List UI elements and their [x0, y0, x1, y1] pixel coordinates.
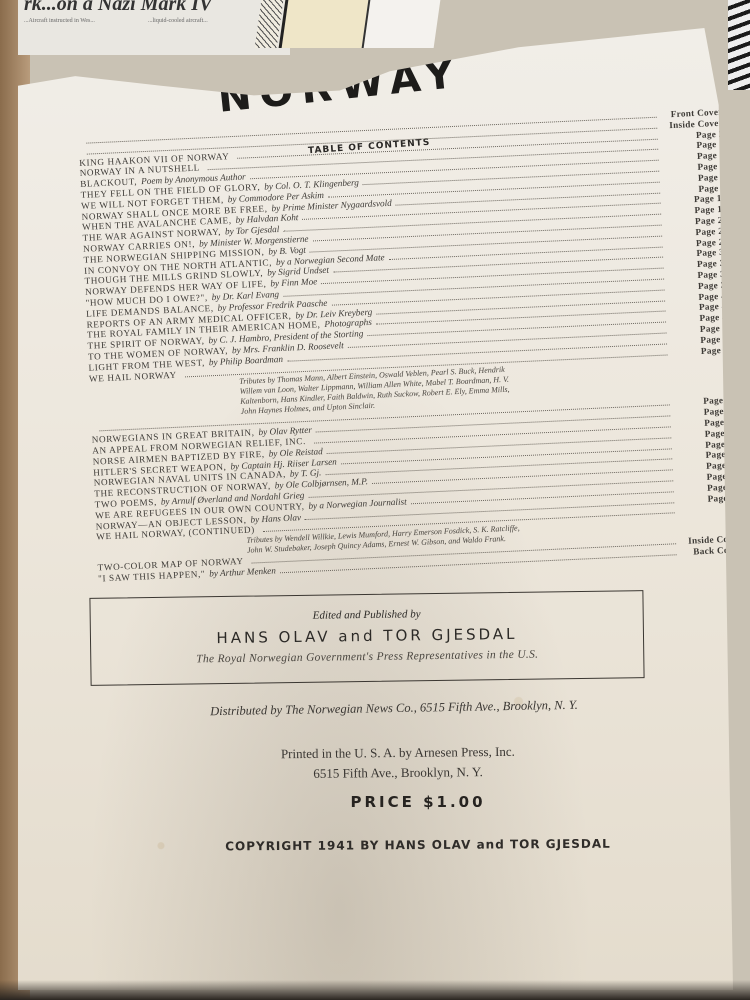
background-newspaper: rk...on a Nazi Mark IV ...Aircraft instr…	[18, 0, 290, 55]
toc-entry-page: Page 43	[670, 312, 732, 325]
toc-entry-page: Page 54	[675, 427, 737, 440]
bottom-shadow	[0, 980, 750, 1000]
publisher-names: HANS OLAV and TOR GJESDAL	[91, 623, 643, 649]
toc-entry-page: Page 48	[673, 395, 735, 408]
newspaper-headline: rk...on a Nazi Mark IV	[24, 0, 284, 14]
toc-entry-author: by B. Vogt	[268, 245, 306, 257]
newspaper-snippet: ...liquid-cooled aircraft...	[148, 18, 258, 25]
toc-entry-author: by Arthur Menken	[209, 565, 276, 578]
toc-entry-page: Page 60	[676, 459, 738, 472]
price: PRICE $1.00	[138, 793, 698, 811]
page-title: NORWAY	[216, 51, 464, 122]
copyright: COPYRIGHT 1941 BY HANS OLAV and TOR GJES…	[118, 836, 718, 854]
toc-entry-page: Page 61	[677, 470, 739, 483]
background-striped-edge	[728, 0, 750, 90]
background-paper-strip	[362, 0, 441, 48]
toc-entry-page: Page 44	[670, 322, 732, 335]
distributor-line: Distributed by The Norwegian News Co., 6…	[114, 696, 674, 721]
toc-entry-author: by T. Gj.	[290, 468, 322, 479]
toc-entry-page: Page 69	[678, 492, 740, 505]
background-paper-strip	[279, 0, 369, 48]
printer-info: Printed in the U. S. A. by Arnesen Press…	[118, 740, 678, 786]
document-page: NORWAY TABLE OF CONTENTS Front CoverInsi…	[18, 28, 733, 990]
toc-entry-page	[679, 511, 741, 514]
toc-entry-page: Page 42	[669, 301, 731, 314]
toc-entry-page: Page 56	[675, 438, 737, 451]
toc-entry-author: by Finn Moe	[270, 276, 317, 288]
toc-entry-page: Page 53	[674, 416, 736, 429]
toc-entry-page: Back Cover	[680, 544, 742, 557]
toc-entry-page: Page 65	[677, 481, 739, 494]
toc-entry-page: Inside Cover	[680, 533, 742, 546]
table-of-contents: Front CoverInside CoverKing Haakon VII o…	[78, 107, 743, 584]
toc-entry-page: Page 46	[671, 344, 733, 357]
toc-entry-page: Page 52	[674, 406, 736, 419]
toc-entry-page: Page 45	[671, 333, 733, 346]
publisher-box: Edited and Published by HANS OLAV and TO…	[89, 590, 644, 686]
toc-entry-page: Page 57	[676, 449, 738, 462]
edited-label: Edited and Published by	[91, 605, 643, 625]
publisher-role: The Royal Norwegian Government's Press R…	[91, 647, 643, 667]
newspaper-snippet: ...Aircraft instructed in Wes...	[24, 18, 134, 25]
